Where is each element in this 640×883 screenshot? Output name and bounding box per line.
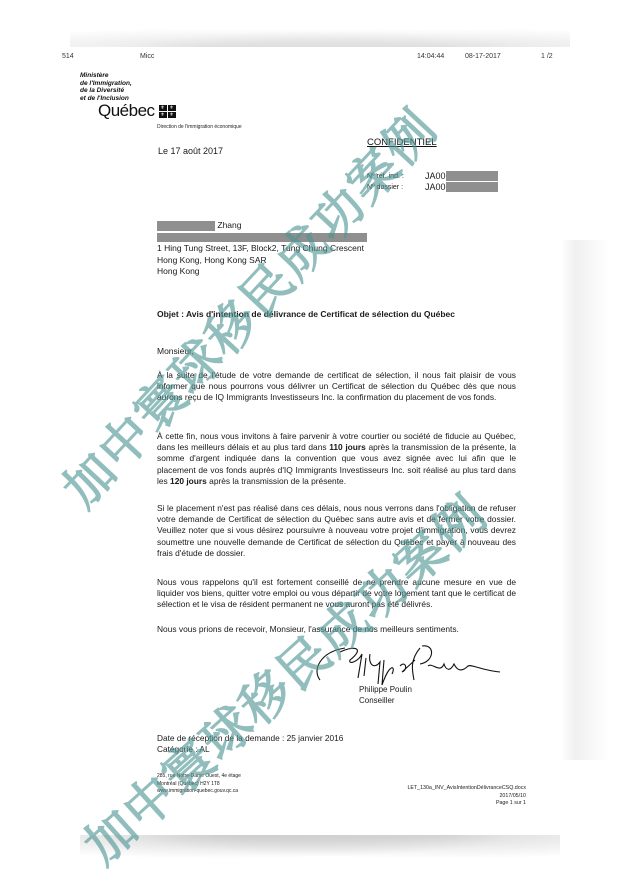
ref-value: JA00: [425, 171, 446, 182]
letter-subject: Objet : Avis d'intention de délivrance d…: [157, 309, 455, 319]
reference-numbers: Nº réf. ind. : JA00 Nº dossier : JA00: [367, 171, 498, 193]
document-filename: LET_130a_INV_AvisIntentionDélivranceCSQ.…: [390, 785, 526, 793]
address-line: Hong Kong: [157, 266, 367, 278]
quebec-wordmark: Québec: [98, 102, 155, 120]
application-meta: Date de réception de la demande : 25 jan…: [157, 733, 343, 755]
ref-row: Nº dossier : JA00: [367, 182, 498, 193]
address-line: 1 Hing Tung Street, 13F, Block2, Tung Ch…: [157, 243, 367, 255]
quebec-flag-icon: ⚜ ⚜ ⚜ ⚜: [159, 105, 176, 118]
deadline-110: 110 jours: [329, 442, 366, 452]
ministry-line: de l'Immigration,: [80, 80, 176, 88]
category: Catégorie : AL: [157, 744, 343, 755]
fax-sender: Micc: [140, 53, 154, 60]
signer-title: Conseiller: [359, 695, 412, 706]
signer-name: Philippe Poulin: [359, 684, 412, 695]
recipient-name-line: Zhang: [157, 220, 367, 232]
ref-label: Nº dossier :: [367, 182, 425, 193]
fleur-de-lis-icon: ⚜: [168, 105, 176, 111]
fax-number: 514: [62, 53, 74, 60]
page-shadow-bottom: [80, 835, 560, 863]
ministry-line: de la Diversité: [80, 87, 176, 95]
redaction-box: [446, 171, 498, 181]
paragraph-1: À la suite de l'étude de votre demande d…: [157, 370, 516, 404]
page-shadow-top: [70, 25, 570, 47]
reception-date: Date de réception de la demande : 25 jan…: [157, 733, 343, 744]
confidential-label: CONFIDENTIEL: [367, 137, 437, 148]
quebec-logo: Ministère de l'Immigration, de la Divers…: [80, 72, 176, 120]
footer-line: 285, rue Notre-Dame Ouest, 4e étage: [157, 773, 241, 781]
fleur-de-lis-icon: ⚜: [168, 112, 176, 118]
page-shadow-right: [560, 240, 610, 760]
direction-name: Direction de l'immigration économique: [157, 124, 242, 130]
footer-website: www.immigration-quebec.gouv.qc.ca: [157, 788, 241, 796]
document-version-date: 2017/05/10: [390, 793, 526, 801]
fax-page: 1 /2: [541, 53, 553, 60]
text: après la transmission de la présente.: [207, 476, 346, 486]
fleur-de-lis-icon: ⚜: [159, 112, 167, 118]
deadline-120: 120 jours: [170, 476, 207, 486]
footer-document-info: LET_130a_INV_AvisIntentionDélivranceCSQ.…: [390, 785, 526, 808]
redaction-box: [157, 221, 215, 231]
paragraph-3: Si le placement n'est pas réalisé dans c…: [157, 503, 516, 559]
footer-address: 285, rue Notre-Dame Ouest, 4e étage Mont…: [157, 773, 241, 796]
ref-label: Nº réf. ind. :: [367, 171, 425, 182]
fax-time: 14:04:44: [417, 53, 444, 60]
fleur-de-lis-icon: ⚜: [159, 105, 167, 111]
address-line: Hong Kong, Hong Kong SAR: [157, 255, 367, 267]
footer-line: Montréal (Québec) H2Y 1T8: [157, 781, 241, 789]
ref-value: JA00: [425, 182, 446, 193]
recipient-address: Zhang 1 Hing Tung Street, 13F, Block2, T…: [157, 220, 367, 278]
document-page: Page 1 sur 1: [390, 800, 526, 808]
fax-date: 08-17-2017: [465, 53, 501, 60]
recipient-surname: Zhang: [217, 220, 241, 230]
redaction-box: [157, 233, 367, 242]
signer-block: Philippe Poulin Conseiller: [359, 684, 412, 706]
ministry-name: Ministère de l'Immigration, de la Divers…: [80, 72, 176, 102]
ministry-line: Ministère: [80, 72, 176, 80]
paragraph-2: À cette fin, nous vous invitons à faire …: [157, 431, 516, 487]
letter-date: Le 17 août 2017: [158, 146, 223, 156]
paragraph-5: Nous vous prions de recevoir, Monsieur, …: [157, 624, 516, 635]
redaction-box: [446, 182, 498, 192]
redacted-line: [157, 232, 367, 244]
paragraph-4: Nous vous rappelons qu'il est fortement …: [157, 577, 516, 611]
ref-row: Nº réf. ind. : JA00: [367, 171, 498, 182]
salutation: Monsieur,: [157, 346, 194, 356]
